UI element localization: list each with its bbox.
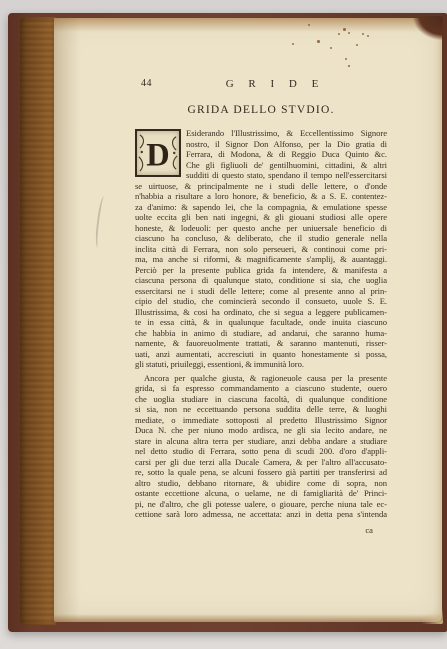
catchword: ca <box>135 525 387 535</box>
foxing-spot <box>317 40 320 43</box>
text-line: stare in alcuna altra terra per studiare… <box>135 436 387 447</box>
text-line: Duca N. che per niuno modo ardisca, ne g… <box>135 425 387 436</box>
running-head: G R I D E <box>149 78 401 90</box>
paragraph-2: Ancora per qualche giusta, & ragioneuole… <box>135 373 387 520</box>
foxing-spot <box>308 24 310 26</box>
text-line: ciascuno ha concluso, & deliberato, che … <box>135 233 387 244</box>
text-line: che uoglia studiare in ciascuna facoltà,… <box>135 394 387 405</box>
gutter-shading <box>54 18 80 622</box>
text-line: mediate, o immediate sottoposti al prede… <box>135 415 387 426</box>
text-line: te in essa città, & in qualunque faculta… <box>135 317 387 328</box>
text-line: re, sotto la quale pena, se alcuni fosse… <box>135 467 387 478</box>
text-line: che habbia in animo di studiare, ad anda… <box>135 328 387 339</box>
photo-backdrop: 44 G R I D E GRIDA DELLO STVDIO. D Eside… <box>0 0 447 649</box>
margin-smudge <box>94 196 108 249</box>
text-line: nostro, il Signor Don Alfonso, per la Di… <box>186 139 387 150</box>
text-line: Esiderando l'Illustrissimo, & Eccellenti… <box>186 128 387 139</box>
text-line: gli statuti, priuileggi, essentioni, & i… <box>135 359 387 370</box>
text-line: carsi per gli due terzi alla Ducale Came… <box>135 457 387 468</box>
text-line: Illustrissima, & cosi ha ordinato, che s… <box>135 307 387 318</box>
text-line: pi, ne d'altro, che gli potesse ualere, … <box>135 499 387 510</box>
text-line: cipio del studio, che comincierà secondo… <box>135 296 387 307</box>
text-line: se uirtuose, & principalmente ne i studi… <box>135 181 387 192</box>
text-line: essercitarsi ne i studi delle lettere; c… <box>135 286 387 297</box>
text-line: grida, si fa espresso commandamento a ci… <box>135 383 387 394</box>
text-line: altro studio, debbano ritornare, & ubidi… <box>135 478 387 489</box>
text-line: si sia, non ne eccettuando persona suddi… <box>135 404 387 415</box>
page-bottom-toning <box>54 614 442 622</box>
paragraph-1: sudditi di questo stato, spendano il tem… <box>135 170 387 370</box>
text-line: uati, anzi aumentati, accresciuti in qua… <box>135 349 387 360</box>
foxing-spot <box>348 65 350 67</box>
foxing-spot <box>367 35 369 37</box>
woodcut-initial-D: D <box>135 129 181 177</box>
text-line: ciascuna persona di qualunque stato, con… <box>135 275 387 286</box>
foxing-spot <box>343 28 346 31</box>
text-line: inclita città di Ferrara, non solo perse… <box>135 244 387 255</box>
text-line: Ancora per qualche giusta, & ragioneuole… <box>135 373 387 384</box>
text-line: sudditi di questo stato, spendano il tem… <box>186 170 387 181</box>
text-line: honeste, & lodeuoli: per questo anche pe… <box>135 223 387 234</box>
foxing-spot <box>338 33 340 35</box>
text-line: Che gli figliuoli de' gentilhuomini, cit… <box>186 160 387 171</box>
text-line: Ferrara, di Modona, & di Reggio Duca Qui… <box>186 149 387 160</box>
text-line: ostante eccettione alcuna, o uelame, ne … <box>135 488 387 499</box>
foxing-spot <box>348 32 350 34</box>
section-title: GRIDA DELLO STVDIO. <box>135 104 387 116</box>
page-edges-stack <box>20 17 56 625</box>
foxing-spot <box>362 33 364 35</box>
book-page: 44 G R I D E GRIDA DELLO STVDIO. D Eside… <box>54 18 442 622</box>
text-line: cettione sarà loro admessa, ne accettata… <box>135 509 387 520</box>
drop-cap-letter: D <box>146 137 169 173</box>
foxing-spot <box>356 44 358 46</box>
top-right-corner-curl <box>413 16 443 40</box>
foxing-spot <box>330 47 332 49</box>
text-line: za d'animo: & sapendo lei, che la compag… <box>135 202 387 213</box>
bottom-right-corner-curl <box>421 608 443 624</box>
text-block: D Esiderando l'Illustrissimo, & Eccellen… <box>135 128 387 520</box>
text-line: nel detto studio di Ferrara, sotto pena … <box>135 446 387 457</box>
text-line: uolte eccita gli ben nati ingegni, & gli… <box>135 212 387 223</box>
text-line: n'habbia a risultare a loro honore, & be… <box>135 191 387 202</box>
foxing-spot <box>345 58 347 60</box>
text-line: ma, ma anche si riformi, & magnificament… <box>135 254 387 265</box>
page-top-toning <box>54 18 442 32</box>
text-line: Perciò per la presente publica grida fa … <box>135 265 387 276</box>
foxing-spot <box>292 43 294 45</box>
page-header: 44 G R I D E <box>135 78 387 92</box>
text-line: namente, & fauoreuolmente trattati, & sa… <box>135 338 387 349</box>
